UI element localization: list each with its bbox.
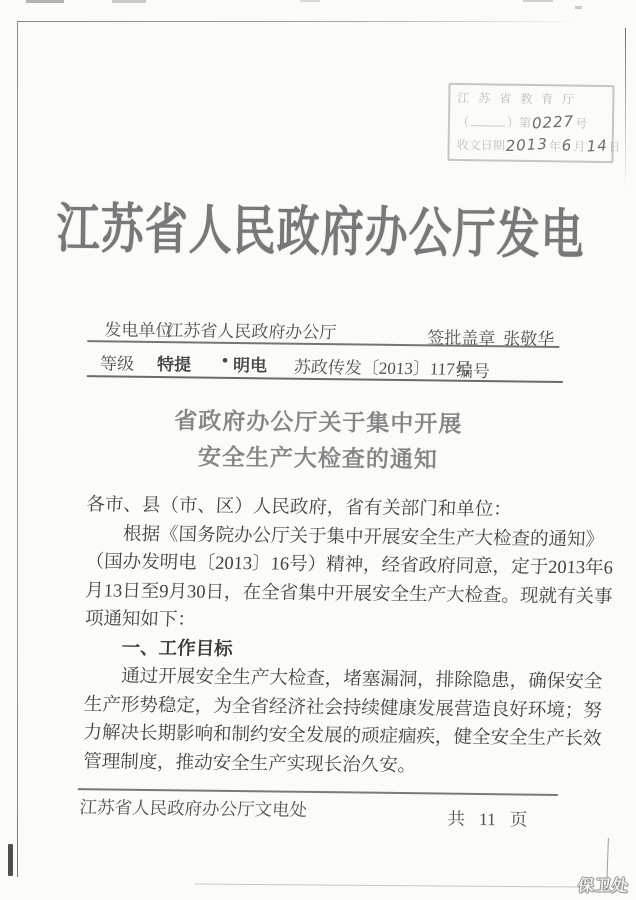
document-number: 苏政传发〔2013〕117号 (294, 353, 472, 380)
footer-page-count: 共11页 (447, 806, 527, 832)
document-content: 江苏省人民政府办公厅发电 发电单位 江苏省人民政府办公厅 签批盖章 张敬华 等级… (0, 0, 636, 900)
document-number-text: 苏政传发〔2013〕117号 (293, 353, 472, 380)
page-count-prefix: 共 (447, 809, 465, 829)
field-label-sending-unit: 发电单位 (104, 315, 172, 341)
document-title-line1: 省政府办公厅关于集中开展 (0, 400, 636, 441)
scanned-document-page: 江苏省教育厅 （ ）第 0227 号 收文日期 2013 年 6 月 14 日 … (0, 0, 636, 900)
page-count-suffix: 页 (510, 809, 528, 829)
letterhead-title: 江苏省人民政府办公厅发电 (2, 186, 636, 270)
grade-selection-dot-icon: • (222, 351, 228, 371)
page-count-value: 11 (479, 809, 496, 829)
document-title-line2: 安全生产大检查的通知 (0, 436, 636, 477)
field-value-grade: 特提 (157, 350, 191, 375)
body-line: 管理制度，推动安全生产实现长治久安。 (83, 748, 562, 782)
footer-issuer: 江苏省人民政府办公厅文电处 (79, 794, 308, 822)
field-label-grade: 等级 (100, 349, 134, 374)
document-body: 各市、县（市、区）人民政府，省有关部门和单位：根据《国务院办公厅关于集中开展安全… (83, 491, 564, 782)
field-value-sending-unit: 江苏省人民政府办公厅 (166, 316, 336, 343)
field-label-serial-number: 编号 (456, 357, 490, 382)
field-value-telegram-type: 明电 (233, 351, 267, 376)
security-watermark: 保卫处 (577, 873, 630, 896)
field-value-sending-unit-text: 江苏省人民政府办公厅 (166, 316, 338, 343)
